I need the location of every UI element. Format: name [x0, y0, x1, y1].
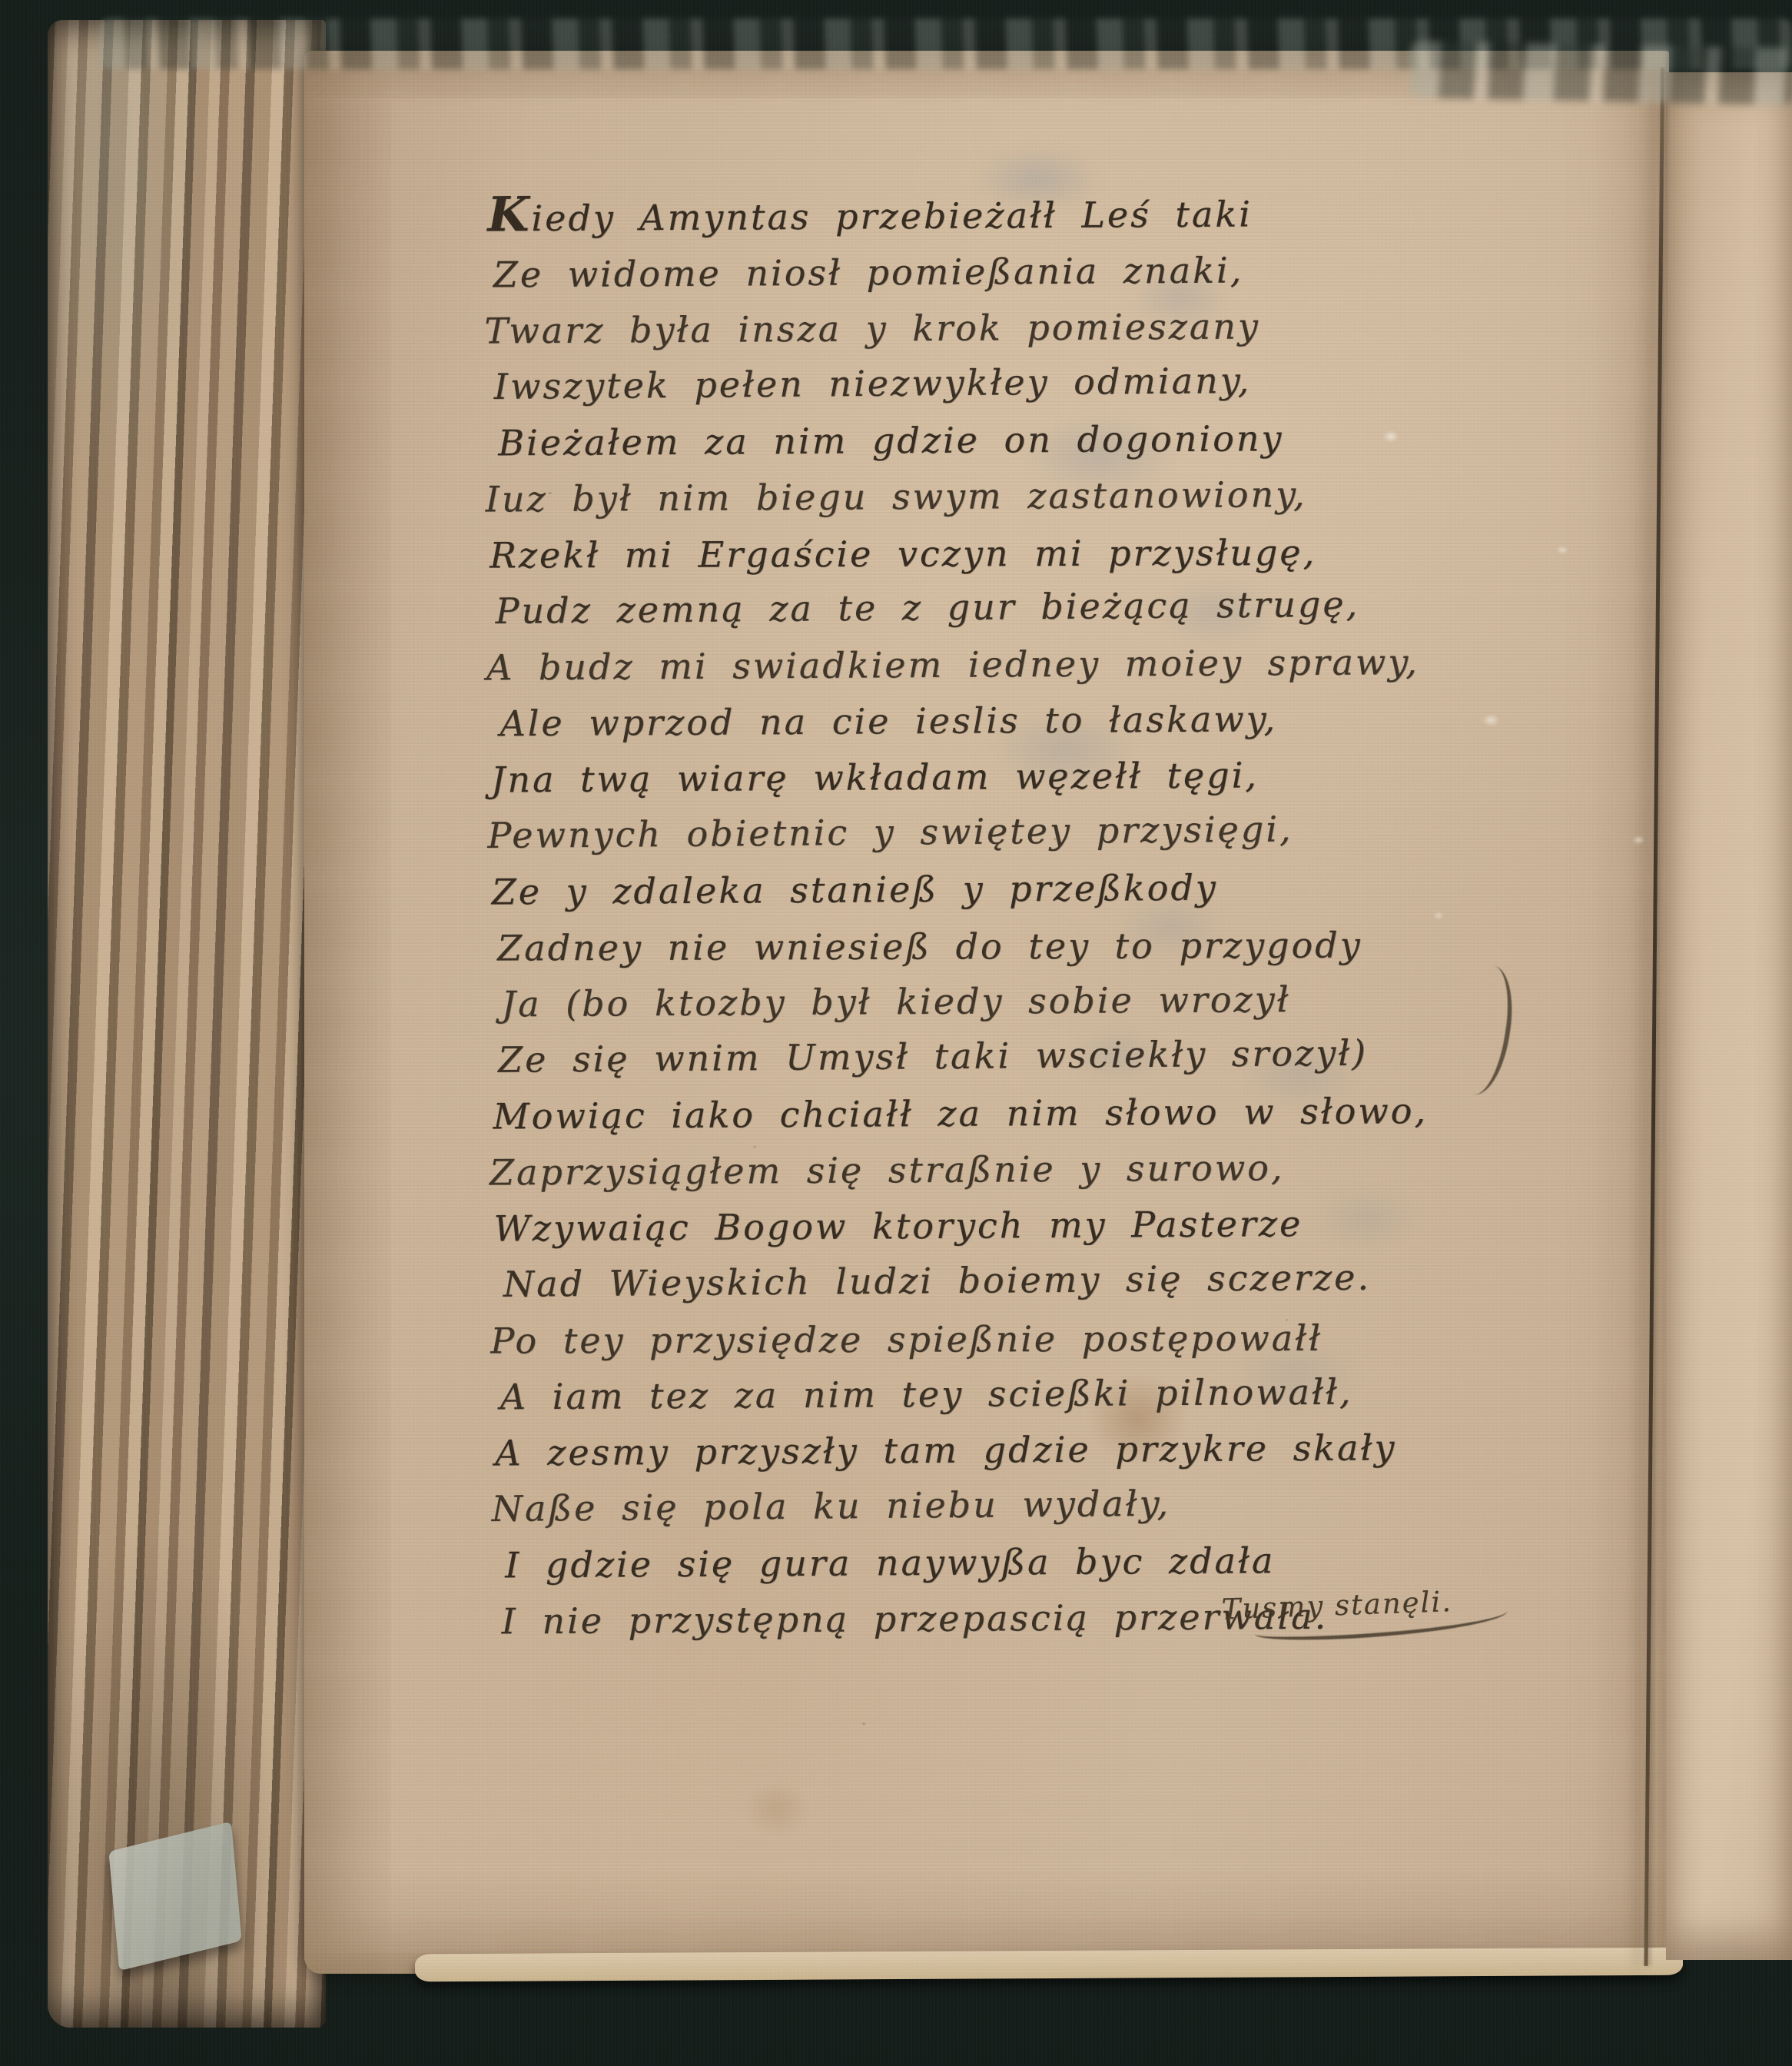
- manuscript-line: A iam tez za nim tey scießki pilnowałł,: [500, 1363, 1617, 1426]
- manuscript-line: Zaprzysiągłem się straßnie y surowo,: [489, 1138, 1615, 1201]
- manuscript-line: Ze y zdaleka stanieß y przeßkody: [492, 858, 1614, 921]
- manuscript-line: Ze widome niosł pomießania znaki,: [493, 241, 1610, 304]
- manuscript-line: Pudz zemną za te z gur bieżącą strugę,: [495, 574, 1612, 639]
- manuscript-line: Iuz był nim biegu swym zastanowiony,: [485, 465, 1611, 528]
- manuscript-line: Twarz była insza y krok pomieszany: [484, 297, 1610, 360]
- poem-text-block: Kiedy Amyntas przebieżałł Leś taki Ze wi…: [487, 180, 1618, 1650]
- manuscript-line: Kiedy Amyntas przebieżałł Leś taki: [487, 180, 1609, 247]
- manuscript-line: Mowiąc iako chciałł za nim słowo w słowo…: [493, 1082, 1614, 1145]
- manuscript-line: A budz mi swiadkiem iedney moiey sprawy,: [486, 633, 1612, 696]
- cover-worn-edge-top-right: [1409, 41, 1792, 105]
- catchword: Tusmy stanęli.: [1221, 1583, 1508, 1643]
- manuscript-line: Zadney nie wniesieß do tey to przygody: [497, 916, 1614, 976]
- book-scan: Kiedy Amyntas przebieżałł Leś taki Ze wi…: [0, 0, 1792, 2066]
- manuscript-line: Wzywaiąc Bogow ktorych my Pasterze: [493, 1194, 1615, 1257]
- manuscript-line: Jna twą wiarę wkładam węzełł tęgi,: [491, 746, 1613, 809]
- manuscript-line: Ale wprzod na cie ieslis to łaskawy,: [499, 689, 1612, 752]
- adjacent-page-edge: [1666, 72, 1792, 1960]
- manuscript-line: Ze się wnim Umysł taki wsciekły srozył): [498, 1023, 1615, 1088]
- page-bottom-deckle-edge: [415, 1948, 1683, 1982]
- manuscript-line: Bieżałem za nim gdzie on dogoniony: [498, 409, 1611, 472]
- manuscript-line: A zesmy przyszły tam gdzie przykre skały: [495, 1419, 1617, 1482]
- manuscript-line: Ja (bo ktozby był kiedy sobie wrozył: [501, 970, 1614, 1033]
- manuscript-line: Po tey przysiędze spießnie postępowałł: [490, 1309, 1616, 1369]
- page-stack-fore-edges: [48, 20, 326, 2028]
- manuscript-line: Nad Wieyskich ludzi boiemy się sczerze.: [503, 1247, 1617, 1313]
- manuscript-line: Iwszytek pełen niezwykłey odmiany,: [493, 350, 1611, 415]
- paper-stain: [735, 1772, 819, 1845]
- manuscript-line: Pewnych obietnic y swiętey przysięgi,: [487, 799, 1614, 864]
- manuscript-line: Naße się pola ku niebu wydały,: [491, 1472, 1618, 1537]
